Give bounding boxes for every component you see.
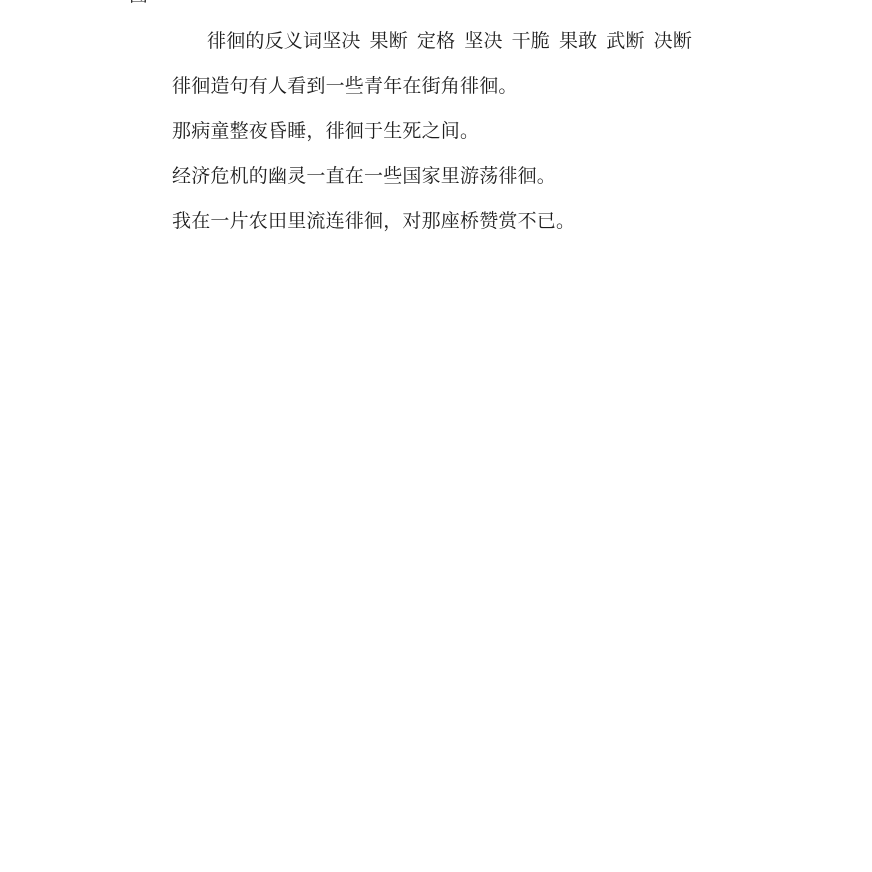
sentence-line-1: 徘徊造句有人看到一些青年在街角徘徊。 (172, 76, 518, 98)
clipped-text-fragment: 图 (129, 0, 150, 6)
clipped-char: 图 (129, 0, 150, 5)
sentence-line-2: 那病童整夜昏睡，徘徊于生死之间。 (172, 121, 479, 143)
sentence-line-3: 经济危机的幽灵一直在一些国家里游荡徘徊。 (172, 166, 556, 188)
document-page: 图 徘徊的反义词坚决 果断 定格 坚决 干脆 果敢 武断 决断 徘徊造句有人看到… (0, 0, 872, 872)
sentence-line-4: 我在一片农田里流连徘徊，对那座桥赞赏不已。 (172, 211, 575, 233)
antonyms-line: 徘徊的反义词坚决 果断 定格 坚决 干脆 果敢 武断 决断 (207, 31, 692, 53)
